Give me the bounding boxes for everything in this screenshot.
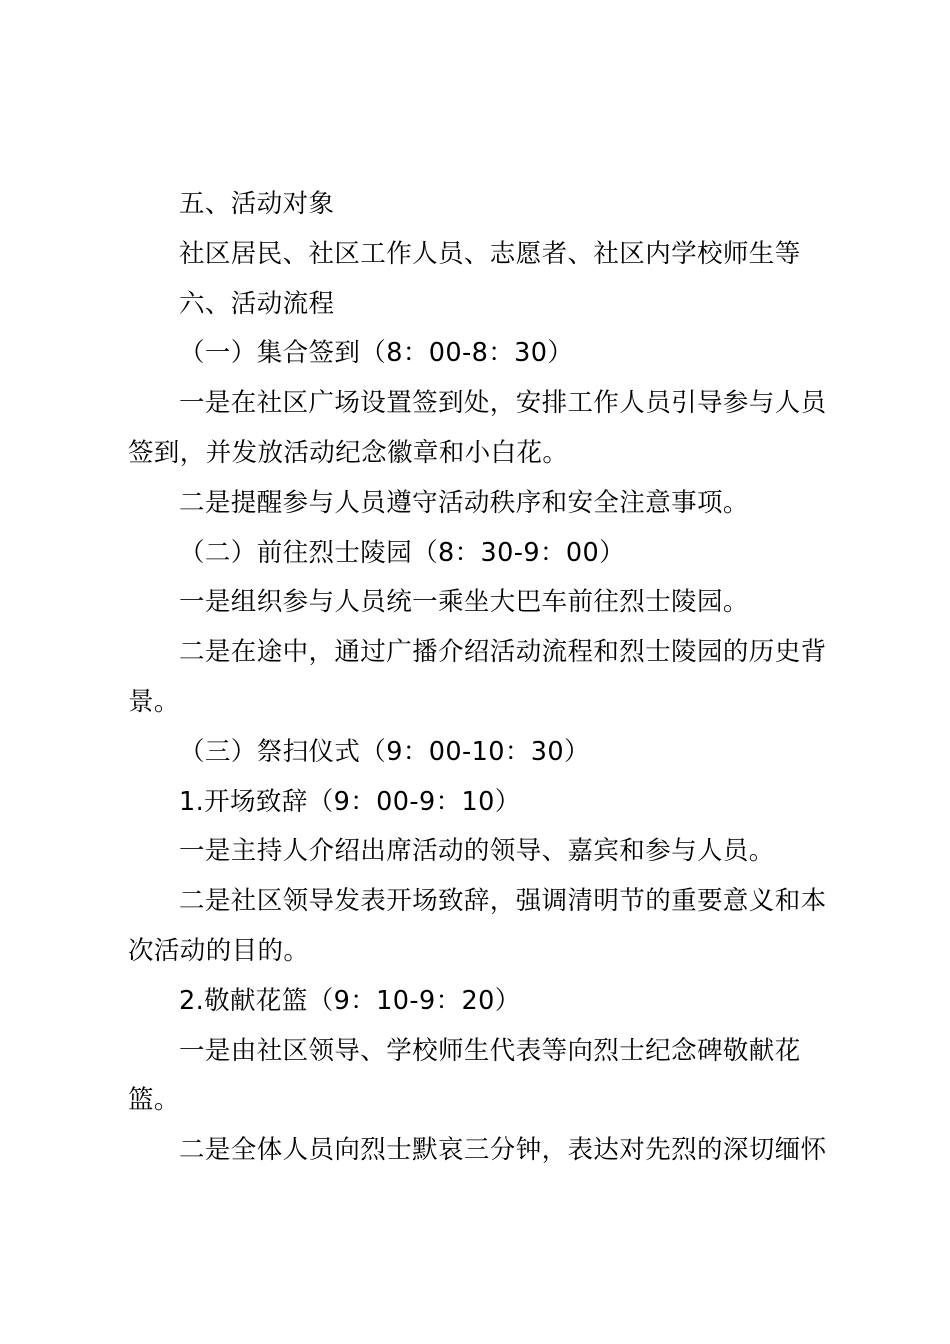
section-heading-process: 六、活动流程: [128, 280, 832, 330]
paragraph: 一是主持人介绍出席活动的领导、嘉宾和参与人员。: [128, 827, 832, 877]
paragraph: 二是提醒参与人员遵守活动秩序和安全注意事项。: [128, 479, 832, 529]
paragraph: 二是社区领导发表开场致辞，强调清明节的重要意义和本次活动的目的。: [128, 877, 832, 977]
subheading-flower-basket: 2.敬献花篮（9：10-9：20）: [128, 977, 832, 1027]
document-page: 五、活动对象 社区居民、社区工作人员、志愿者、社区内学校师生等 六、活动流程 （…: [128, 180, 832, 1176]
subheading-travel: （二）前往烈士陵园（8：30-9：00）: [128, 529, 832, 579]
paragraph: 一是由社区领导、学校师生代表等向烈士纪念碑敬献花篮。: [128, 1027, 832, 1127]
subheading-signin: （一）集合签到（8：00-8：30）: [128, 329, 832, 379]
paragraph: 一是组织参与人员统一乘坐大巴车前往烈士陵园。: [128, 578, 832, 628]
subheading-ceremony: （三）祭扫仪式（9：00-10：30）: [128, 728, 832, 778]
paragraph: 二是全体人员向烈士默哀三分钟，表达对先烈的深切缅怀: [128, 1126, 832, 1176]
paragraph: 一是在社区广场设置签到处，安排工作人员引导参与人员签到，并发放活动纪念徽章和小白…: [128, 379, 832, 479]
subheading-opening-speech: 1.开场致辞（9：00-9：10）: [128, 778, 832, 828]
participants-text: 社区居民、社区工作人员、志愿者、社区内学校师生等: [128, 230, 832, 280]
paragraph: 二是在途中，通过广播介绍活动流程和烈士陵园的历史背景。: [128, 628, 832, 728]
section-heading-participants: 五、活动对象: [128, 180, 832, 230]
